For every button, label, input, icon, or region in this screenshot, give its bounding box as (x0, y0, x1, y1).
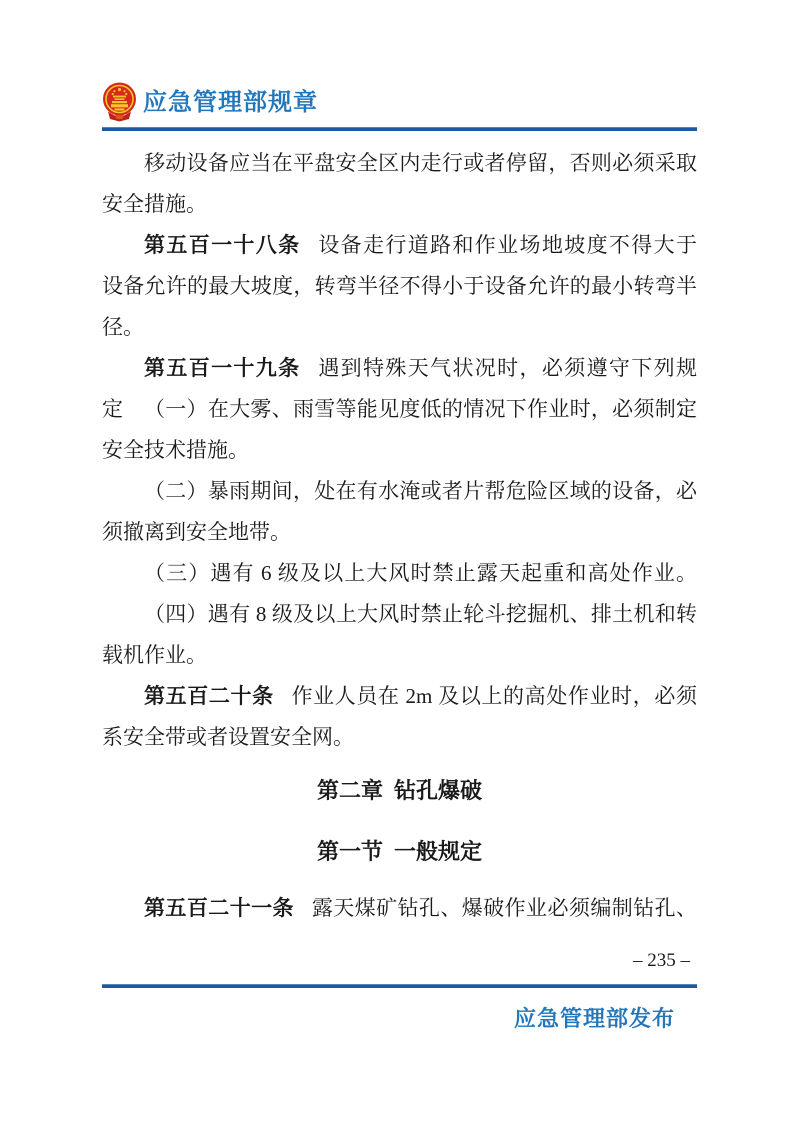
document-body: 移动设备应当在平盘安全区内走行或者停留，否则必须采取 安全措施。 第五百一十八条… (102, 143, 697, 929)
publisher-label: 应急管理部发布 (514, 1002, 675, 1033)
document-line: 设备允许的最大坡度，转弯半径不得小于设备允许的最小转弯半 (102, 266, 697, 307)
document-line: 移动设备应当在平盘安全区内走行或者停留，否则必须采取 (102, 143, 697, 184)
article-number: 第五百一十八条 (144, 234, 300, 257)
article-number: 第五百二十一条 (144, 897, 294, 920)
china-national-emblem-icon (101, 82, 138, 124)
document-line: 系安全带或者设置安全网。 (102, 717, 697, 758)
document-line: （二）暴雨期间，处在有水淹或者片帮危险区域的设备，必 (102, 471, 697, 512)
document-line: 安全措施。 (102, 184, 697, 225)
document-line: 第五百二十一条露天煤矿钻孔、爆破作业必须编制钻孔、 (102, 888, 697, 929)
document-page: 应急管理部规章 移动设备应当在平盘安全区内走行或者停留，否则必须采取 安全措施。… (0, 0, 793, 1122)
article-number: 第五百一十九条 (144, 357, 300, 380)
document-line: （三）遇有 6 级及以上大风时禁止露天起重和高处作业。 (102, 553, 697, 594)
section-heading: 第一节 一般规定 (102, 831, 697, 872)
document-line: 安全技术措施。 (102, 430, 697, 471)
document-line: （四）遇有 8 级及以上大风时禁止轮斗挖掘机、排土机和转 (102, 594, 697, 635)
chapter-heading: 第二章 钻孔爆破 (102, 770, 697, 811)
footer-rule (102, 984, 697, 988)
document-line: 第五百一十九条遇到特殊天气状况时，必须遵守下列规定： (102, 348, 697, 389)
document-line: 径。 (102, 307, 697, 348)
article-number: 第五百二十条 (144, 685, 274, 708)
document-line: 须撤离到安全地带。 (102, 512, 697, 553)
page-header: 应急管理部规章 (101, 82, 318, 124)
document-line: （一）在大雾、雨雪等能见度低的情况下作业时，必须制定 (102, 389, 697, 430)
document-line: 载机作业。 (102, 635, 697, 676)
document-line: 第五百二十条作业人员在 2m 及以上的高处作业时，必须 (102, 676, 697, 717)
header-title: 应急管理部规章 (143, 91, 318, 115)
header-rule (102, 127, 697, 131)
page-number: – 235 – (633, 950, 690, 972)
document-line: 第五百一十八条设备走行道路和作业场地坡度不得大于 (102, 225, 697, 266)
